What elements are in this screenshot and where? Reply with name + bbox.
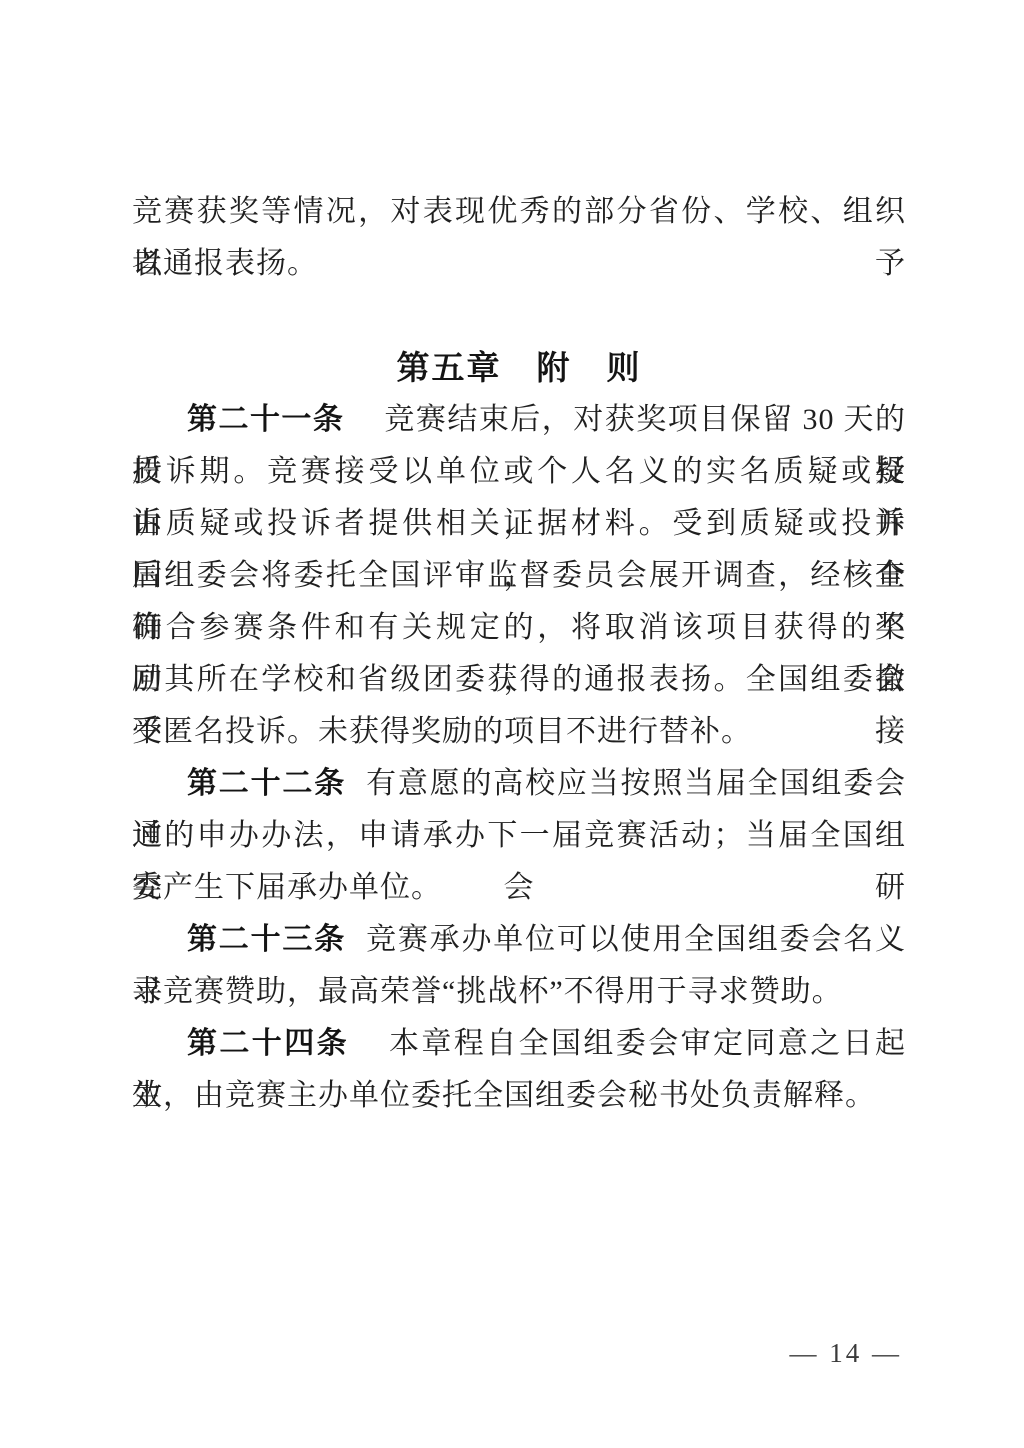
text-line: 过的申办办法，申请承办下一届竞赛活动；当届全国组委会研 <box>132 810 906 862</box>
article-number: 第二十四条 <box>187 1027 349 1060</box>
text-line: 符合参赛条件和有关规定的，将取消该项目获得的奖励，撤 <box>132 602 906 654</box>
article-number: 第二十三条 <box>187 923 346 956</box>
text-line: 竞赛获奖等情况，对表现优秀的部分省份、学校、组织者予 <box>132 186 906 238</box>
article-first-line: 第二十四条本章程自全国组委会审定同意之日起生 <box>132 1018 906 1070</box>
article-number: 第二十一条 <box>187 403 344 436</box>
blank-line <box>132 290 906 342</box>
text-line: 国组委会将委托全国评审监督委员会展开调查，经核查确不 <box>132 550 906 602</box>
text-line: 由质疑或投诉者提供相关证据材料。受到质疑或投诉后，全 <box>132 498 906 550</box>
page-number: — 14 — <box>790 1338 903 1369</box>
article-number: 第二十二条 <box>187 767 346 800</box>
text-line: 回其所在学校和省级团委获得的通报表扬。全国组委会不接 <box>132 654 906 706</box>
text-line: 投诉期。竞赛接受以单位或个人名义的实名质疑或投诉，并 <box>132 446 906 498</box>
document-body: 竞赛获奖等情况，对表现优秀的部分省份、学校、组织者予以通报表扬。第五章 附 则第… <box>132 186 906 1122</box>
text-line: 效，由竞赛主办单位委托全国组委会秘书处负责解释。 <box>132 1070 906 1122</box>
article-first-line: 第二十二条有意愿的高校应当按照当届全国组委会通 <box>132 758 906 810</box>
text-line: 求竞赛赞助，最高荣誉“挑战杯”不得用于寻求赞助。 <box>132 966 906 1018</box>
article-first-line: 第二十三条竞赛承办单位可以使用全国组委会名义寻 <box>132 914 906 966</box>
document-page: 竞赛获奖等情况，对表现优秀的部分省份、学校、组织者予以通报表扬。第五章 附 则第… <box>0 0 1024 1448</box>
article-first-line: 第二十一条竞赛结束后，对获奖项目保留 30 天的质疑 <box>132 394 906 446</box>
chapter-heading: 第五章 附 则 <box>132 342 906 394</box>
